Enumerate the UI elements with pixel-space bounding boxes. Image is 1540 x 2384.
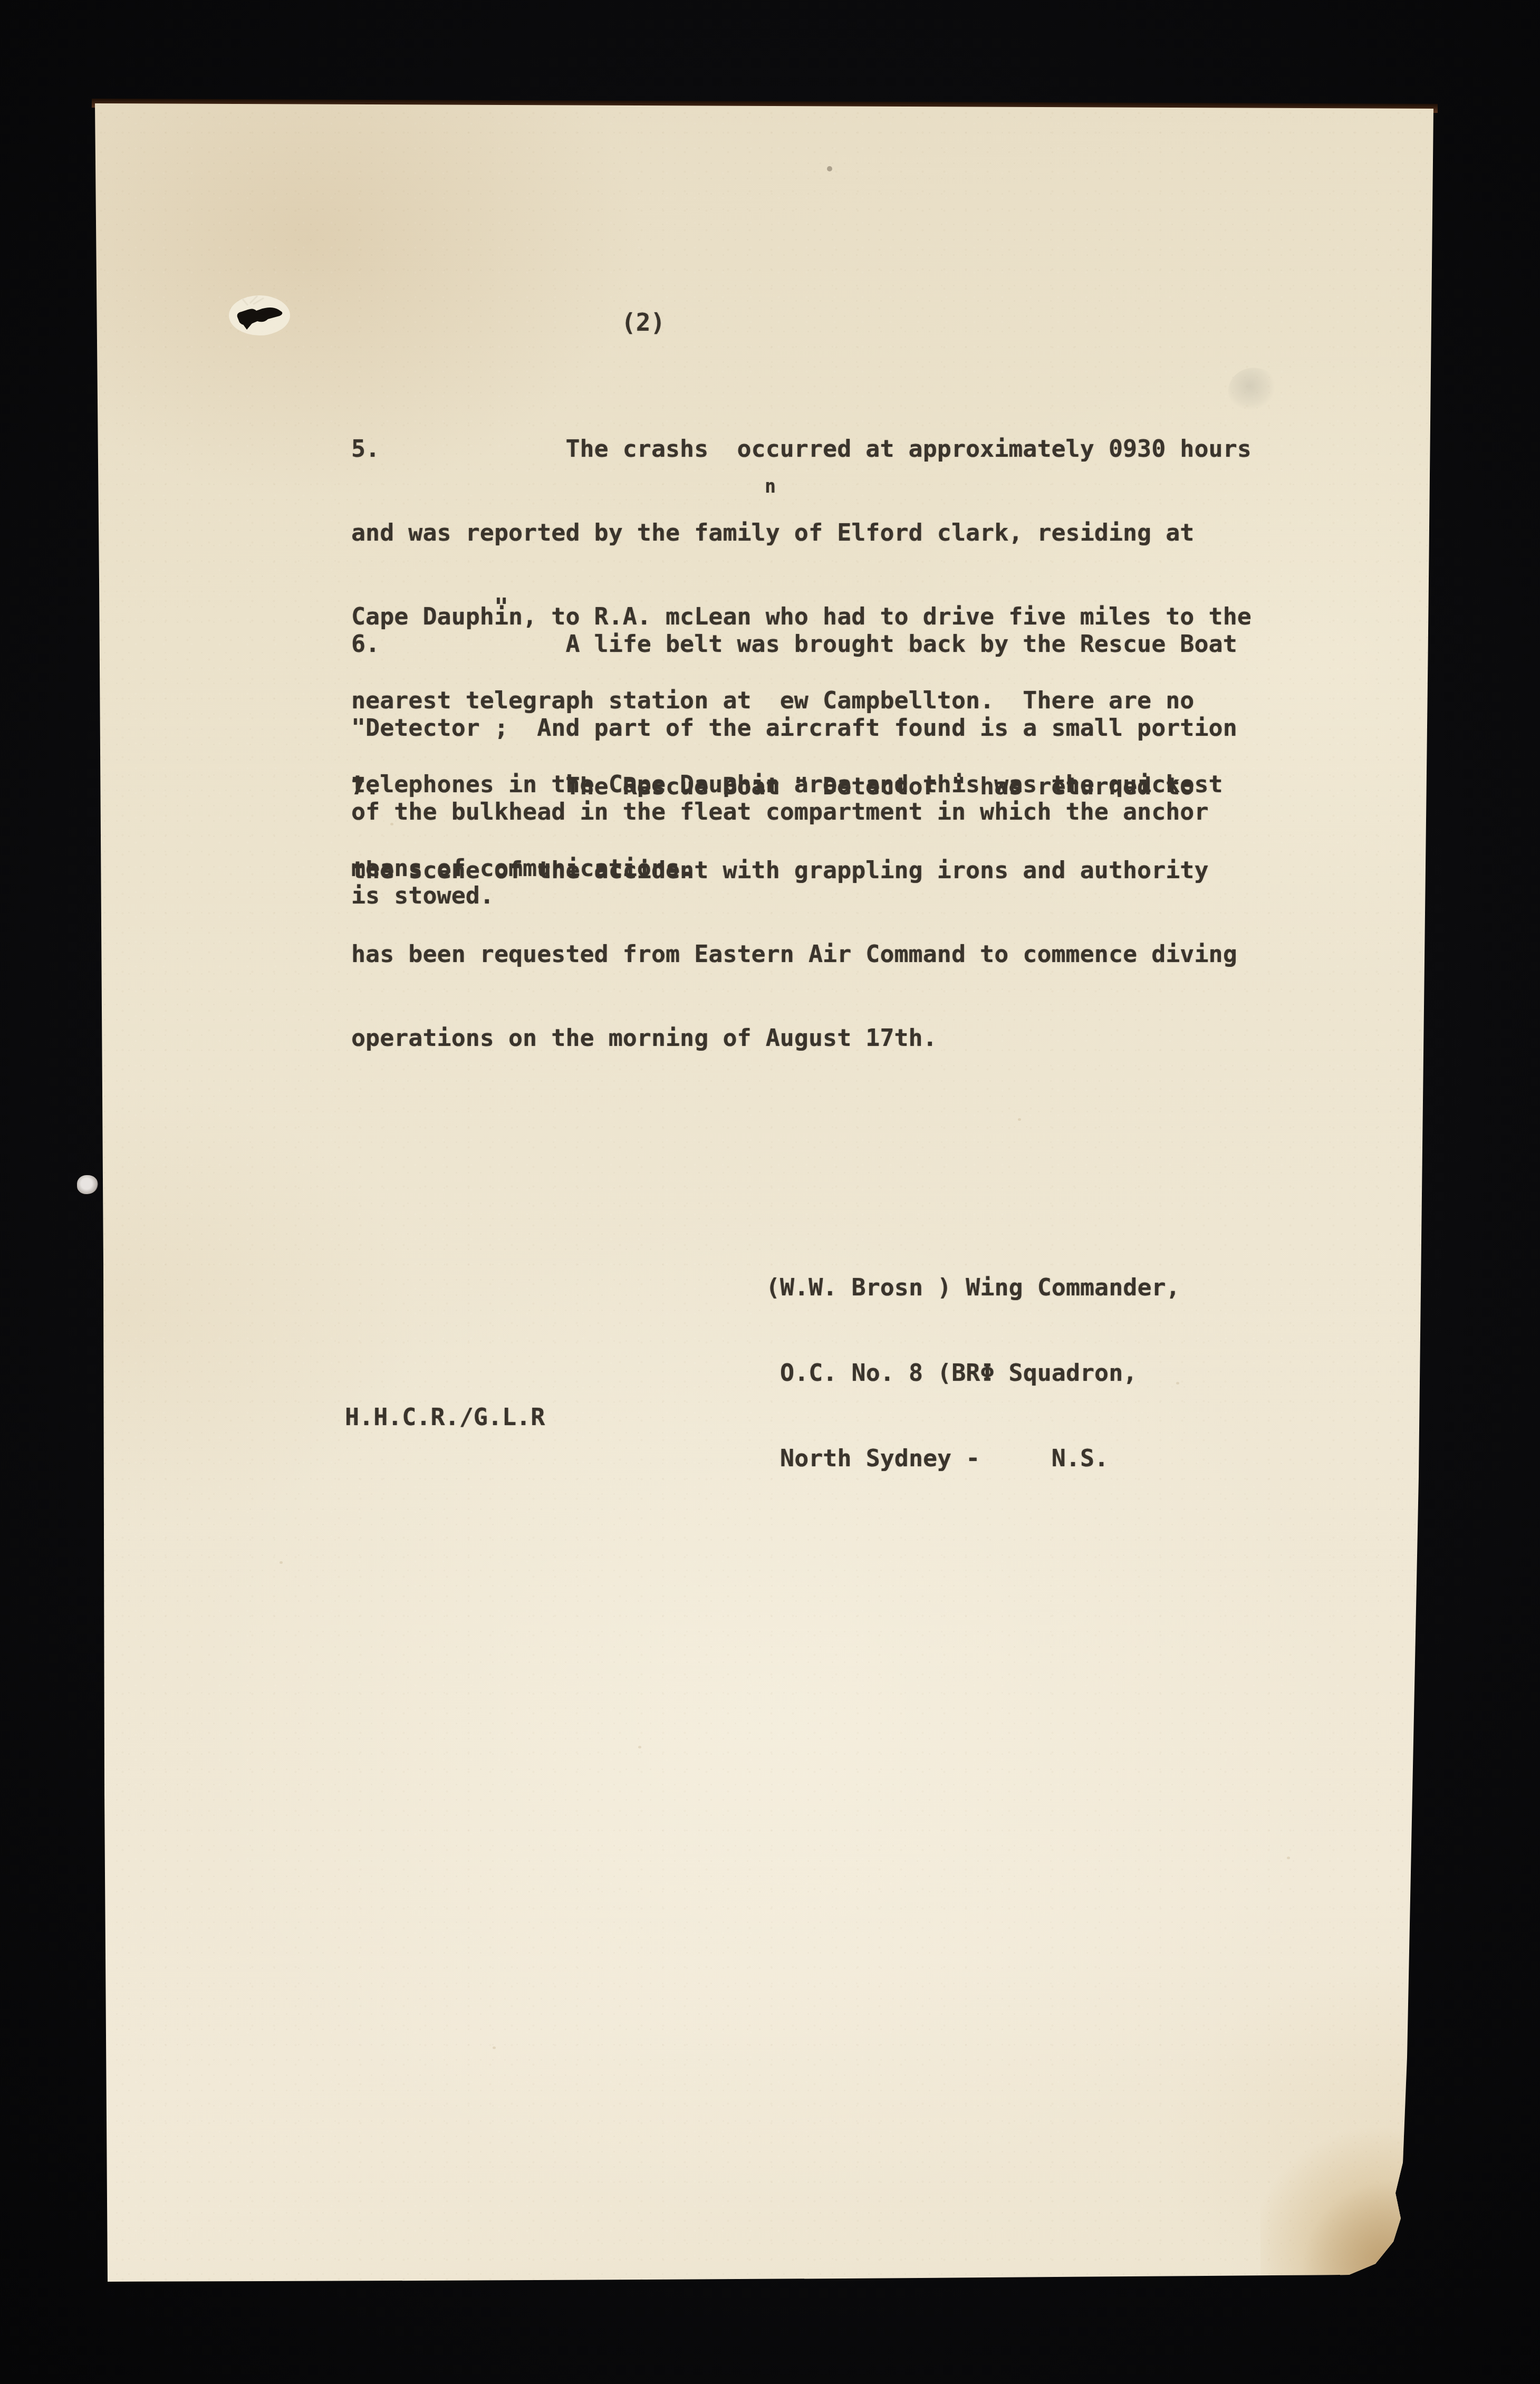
paragraph-7: 7. The Rescue Boat " Detector " has retu… [351, 716, 1237, 1108]
paper-fiber [907, 649, 910, 651]
text-line: operations on the morning of August 17th… [351, 1024, 1237, 1052]
page-number: (2) [621, 308, 665, 337]
paper-fiber [493, 2046, 496, 2049]
dust-fleck [77, 1175, 98, 1194]
paper-fiber [638, 1746, 641, 1748]
signature-block: (W.W. Brosn ) Wing Commander, O.C. No. 8… [766, 1216, 1180, 1530]
paper-fiber [1018, 1118, 1021, 1121]
scan-background: (2) 5. The crashs occurred at approximat… [0, 0, 1540, 2384]
typed-correction-n: n [765, 476, 776, 497]
ink-blot [227, 292, 301, 339]
document-page: (2) 5. The crashs occurred at approximat… [0, 0, 1540, 2384]
signature-line: North Sydney - N.S. [766, 1444, 1180, 1473]
signature-line: (W.W. Brosn ) Wing Commander, [766, 1273, 1180, 1302]
typist-initials: H.H.C.R./G.L.R [345, 1403, 545, 1431]
text-line: and was reported by the family of Elford… [351, 518, 1252, 546]
paper-fiber [1176, 1382, 1179, 1385]
worn-corner-stain [1260, 2120, 1413, 2284]
paper-fiber [280, 1561, 283, 1564]
paper-fiber [390, 823, 393, 825]
text-line: 6. A life belt was brought back by the R… [351, 630, 1237, 658]
paper-edge-shading [0, 0, 1540, 2384]
text-line: 5. The crashs occurred at approximately … [351, 435, 1252, 463]
overstruck-quote-mark: " [494, 593, 508, 621]
signature-line: O.C. No. 8 (BRΦ Squadron, [766, 1359, 1180, 1387]
paper-fiber [1287, 1857, 1290, 1859]
ink-blot-shape [227, 292, 301, 339]
text-line: has been requested from Eastern Air Comm… [351, 940, 1237, 968]
text-line: the scene of the accident with grappling… [351, 856, 1237, 884]
text-line: 7. The Rescue Boat " Detector " has retu… [351, 772, 1237, 800]
ink-speck [827, 166, 832, 171]
